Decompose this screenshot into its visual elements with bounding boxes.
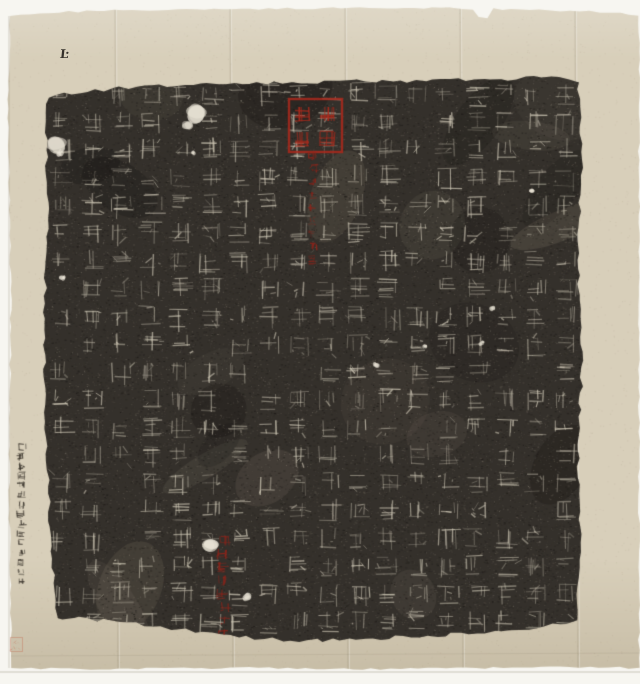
scan-bed-background: Ŀ [0, 0, 640, 684]
rubbing-render-canvas [0, 0, 640, 684]
